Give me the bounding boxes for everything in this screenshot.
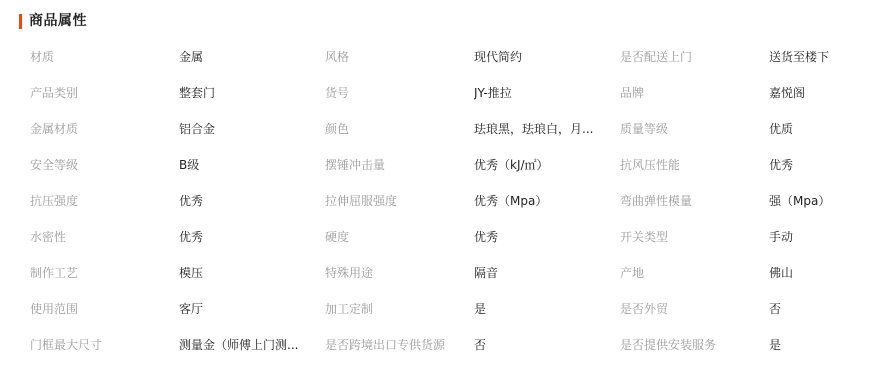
attribute-value: 金属 xyxy=(179,39,307,75)
attribute-label: 质量等级 xyxy=(620,111,760,147)
attribute-label: 是否配送上门 xyxy=(620,39,760,75)
attribute-value: 珐琅黑，珐琅白，月... xyxy=(474,111,602,147)
attribute-label: 开关类型 xyxy=(620,219,760,255)
attribute-value: 优秀 xyxy=(769,147,869,183)
attribute-value: 客厅 xyxy=(179,291,307,327)
attribute-value: 强（Mpa） xyxy=(769,183,869,219)
attribute-label: 硬度 xyxy=(325,219,465,255)
attribute-label: 品牌 xyxy=(620,75,760,111)
attribute-row: 抗压强度 优秀 拉伸屈服强度 优秀（Mpa） 弯曲弹性模量 强（Mpa） xyxy=(0,183,872,219)
attribute-row: 水密性 优秀 硬度 优秀 开关类型 手动 xyxy=(0,219,872,255)
attribute-label: 抗风压性能 xyxy=(620,147,760,183)
attribute-label: 门框最大尺寸 xyxy=(30,327,170,363)
attribute-value: 否 xyxy=(474,327,602,363)
attribute-row: 制作工艺 模压 特殊用途 隔音 产地 佛山 xyxy=(0,255,872,291)
attribute-value: B级 xyxy=(179,147,307,183)
attribute-label: 使用范围 xyxy=(30,291,170,327)
attribute-value: 佛山 xyxy=(769,255,869,291)
attribute-value: 优秀 xyxy=(179,183,307,219)
attribute-label: 颜色 xyxy=(325,111,465,147)
attribute-label: 弯曲弹性模量 xyxy=(620,183,760,219)
attribute-value: JY-推拉 xyxy=(474,75,602,111)
attribute-value: 送货至楼下 xyxy=(769,39,869,75)
attribute-label: 安全等级 xyxy=(30,147,170,183)
attribute-value: 铝合金 xyxy=(179,111,307,147)
attribute-row: 门框最大尺寸 测量金（师傅上门测... 是否跨境出口专供货源 否 是否提供安装服… xyxy=(0,327,872,363)
attribute-label: 风格 xyxy=(325,39,465,75)
attribute-value: 否 xyxy=(769,291,869,327)
attribute-value: 隔音 xyxy=(474,255,602,291)
attribute-label: 特殊用途 xyxy=(325,255,465,291)
attribute-row: 金属材质 铝合金 颜色 珐琅黑，珐琅白，月... 质量等级 优质 xyxy=(0,111,872,147)
attribute-value: 优质 xyxy=(769,111,869,147)
accent-bar xyxy=(19,14,22,29)
attribute-value: 优秀（kJ/㎡） xyxy=(474,147,602,183)
attribute-value: 优秀 xyxy=(179,219,307,255)
product-attributes-panel: 商品属性 材质 金属 风格 现代简约 是否配送上门 送货至楼下 产品类别 整套门… xyxy=(0,0,872,366)
attribute-label: 抗压强度 xyxy=(30,183,170,219)
attribute-row: 材质 金属 风格 现代简约 是否配送上门 送货至楼下 xyxy=(0,39,872,75)
attribute-value: 是 xyxy=(769,327,869,363)
attribute-value: 优秀（Mpa） xyxy=(474,183,602,219)
attribute-label: 材质 xyxy=(30,39,170,75)
attribute-label: 是否跨境出口专供货源 xyxy=(325,327,465,363)
attribute-value: 整套门 xyxy=(179,75,307,111)
attribute-label: 是否外贸 xyxy=(620,291,760,327)
attribute-value: 是 xyxy=(474,291,602,327)
attribute-label: 拉伸屈服强度 xyxy=(325,183,465,219)
attribute-value: 手动 xyxy=(769,219,869,255)
attribute-value: 现代简约 xyxy=(474,39,602,75)
attribute-label: 产地 xyxy=(620,255,760,291)
attribute-row: 产品类别 整套门 货号 JY-推拉 品牌 嘉悦阁 xyxy=(0,75,872,111)
section-header: 商品属性 xyxy=(19,12,87,30)
attribute-value: 嘉悦阁 xyxy=(769,75,869,111)
attribute-value: 优秀 xyxy=(474,219,602,255)
attribute-label: 加工定制 xyxy=(325,291,465,327)
section-title: 商品属性 xyxy=(29,12,87,30)
attribute-label: 货号 xyxy=(325,75,465,111)
attribute-value: 模压 xyxy=(179,255,307,291)
attribute-label: 金属材质 xyxy=(30,111,170,147)
attribute-row: 使用范围 客厅 加工定制 是 是否外贸 否 xyxy=(0,291,872,327)
attribute-label: 制作工艺 xyxy=(30,255,170,291)
attribute-label: 水密性 xyxy=(30,219,170,255)
attribute-label: 是否提供安装服务 xyxy=(620,327,760,363)
attribute-label: 摆锤冲击量 xyxy=(325,147,465,183)
attribute-row: 安全等级 B级 摆锤冲击量 优秀（kJ/㎡） 抗风压性能 优秀 xyxy=(0,147,872,183)
attribute-grid: 材质 金属 风格 现代简约 是否配送上门 送货至楼下 产品类别 整套门 货号 J… xyxy=(0,39,872,363)
attribute-label: 产品类别 xyxy=(30,75,170,111)
attribute-value: 测量金（师傅上门测... xyxy=(179,327,307,363)
